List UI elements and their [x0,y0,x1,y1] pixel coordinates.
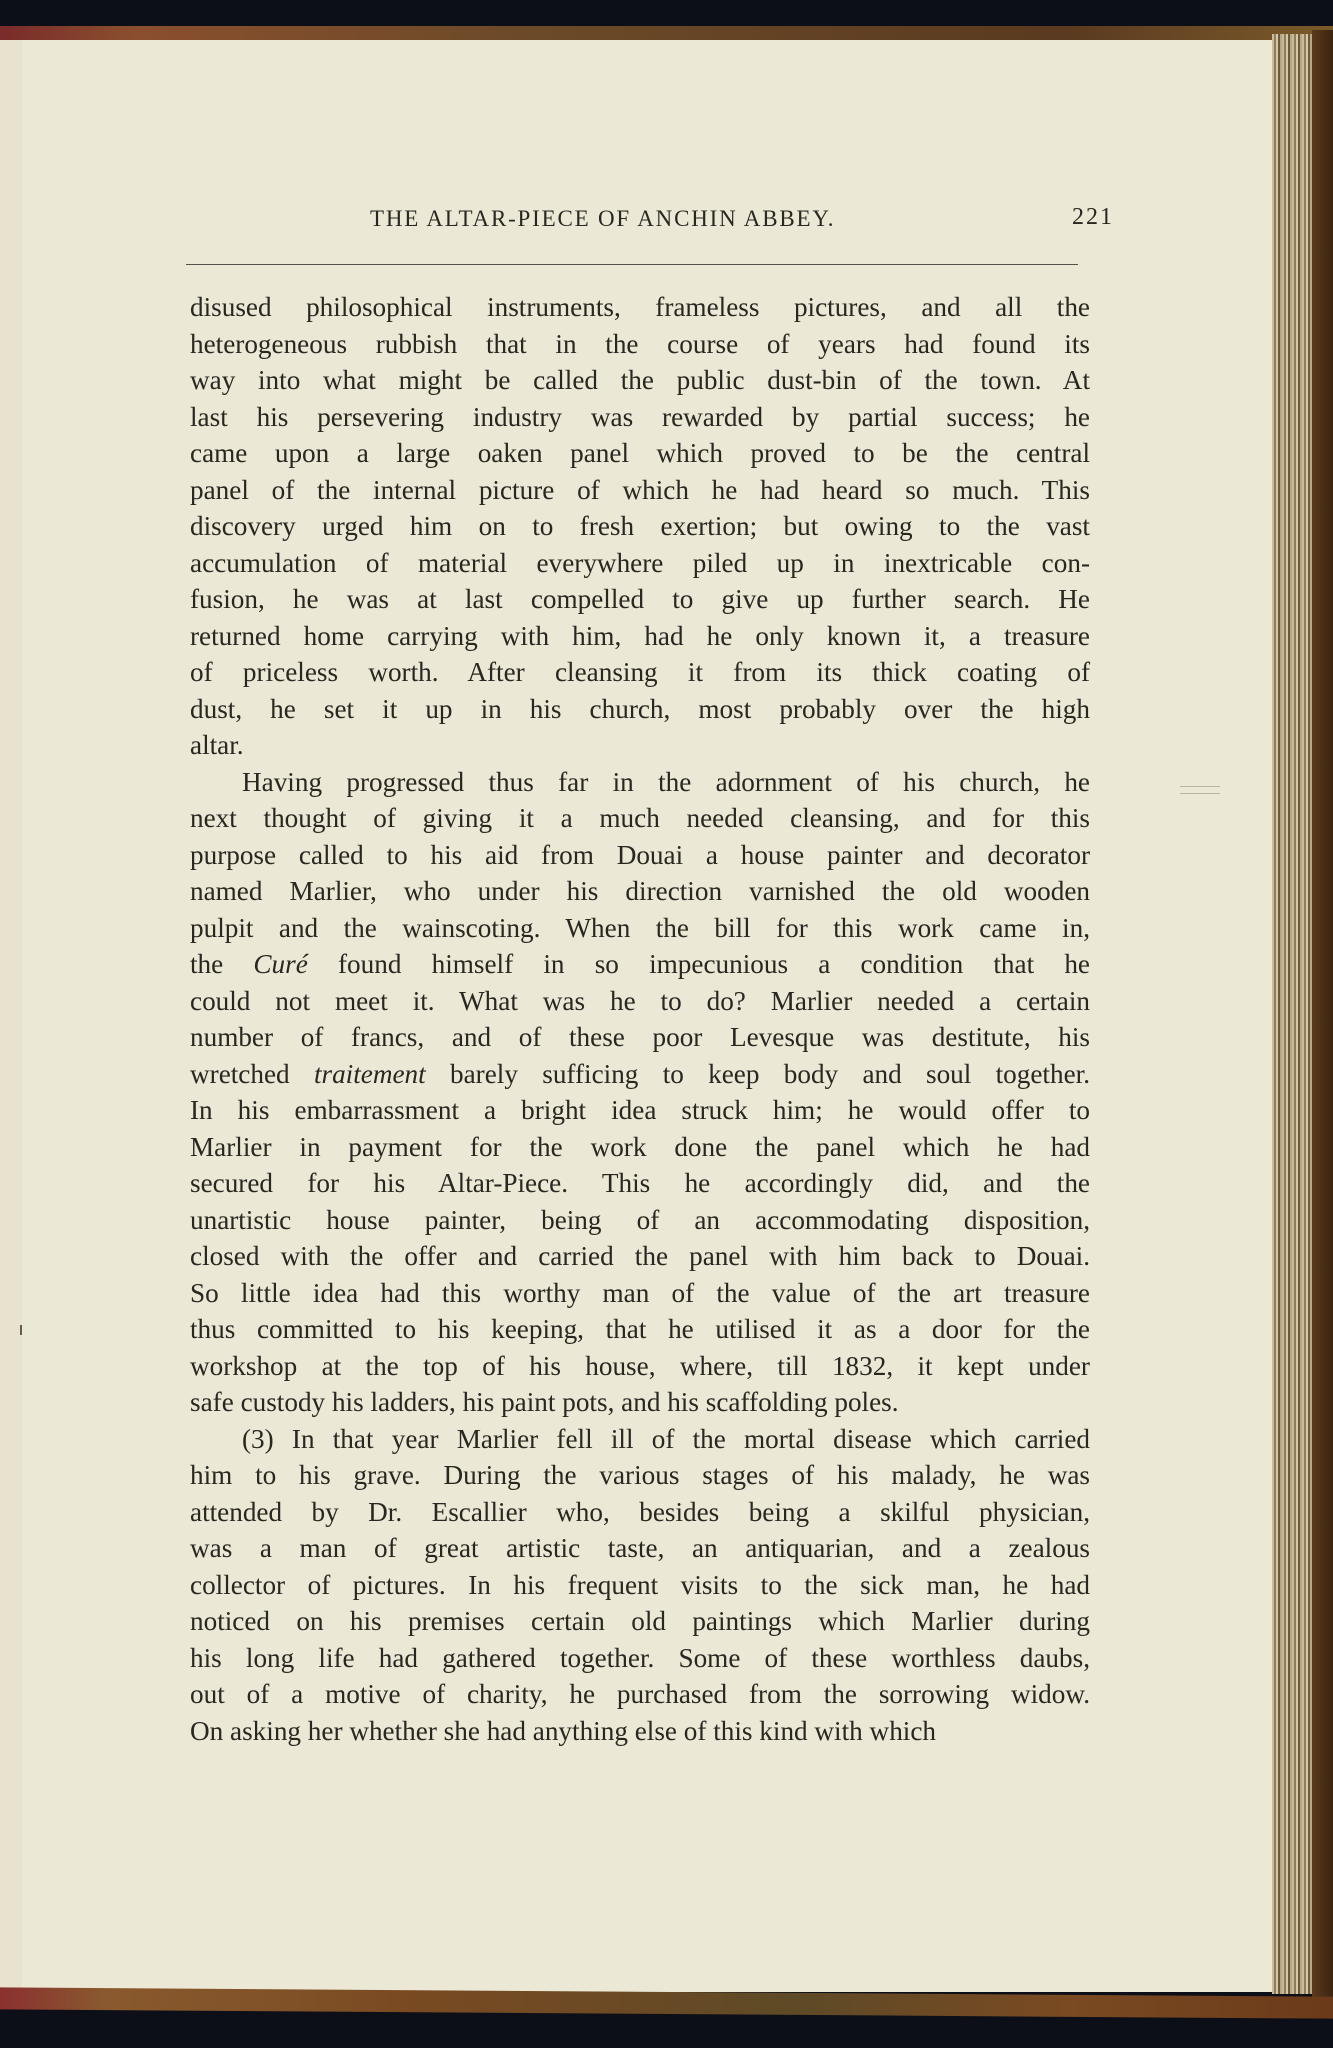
text-line: Marlier in payment for the work done the… [190,1129,1090,1166]
text-line: was a man of great artistic taste, an an… [190,1530,1090,1567]
text-line: altar. [190,727,1090,764]
text-line: secured for his Altar-Piece. This he acc… [190,1165,1090,1202]
text-line: Having progressed thus far in the adornm… [190,764,1090,801]
page-number: 221 [1072,204,1114,231]
text-line: workshop at the top of his house, where,… [190,1348,1090,1385]
text-line: On asking her whether she had anything e… [190,1713,1090,1750]
text-line: discovery urged him on to fresh exertion… [190,508,1090,545]
text-line: out of a motive of charity, he purchased… [190,1676,1090,1713]
text-line: accumulation of material everywhere pile… [190,545,1090,582]
text-line: last his persevering industry was reward… [190,399,1090,436]
text-line: returned home carrying with him, had he … [190,618,1090,655]
italic-term: traitement [314,1059,426,1089]
text-line: purpose called to his aid from Douai a h… [190,837,1090,874]
paragraph: (3) In that year Marlier fell ill of the… [190,1421,1090,1750]
facing-page-edge [0,40,23,1998]
book-cover-bottom-edge [0,1987,1333,2018]
text-line: disused philosophical instruments, frame… [190,289,1090,326]
text-line: (3) In that year Marlier fell ill of the… [190,1421,1090,1458]
text-line: In his embarrassment a bright idea struc… [190,1092,1090,1129]
text-line: the Curé found himself in so impecunious… [190,946,1090,983]
text-line: collector of pictures. In his frequent v… [190,1567,1090,1604]
book-cover-top-edge [0,26,1333,40]
body-text: disused philosophical instruments, frame… [190,289,1090,1749]
text-line: him to his grave. During the various sta… [190,1457,1090,1494]
book-cover-right-edge [1312,30,1333,2000]
text-line: came upon a large oaken panel which prov… [190,435,1090,472]
text-line: named Marlier, who under his direction v… [190,873,1090,910]
text-line: fusion, he was at last compelled to give… [190,581,1090,618]
running-head: THE ALTAR-PIECE OF ANCHIN ABBEY. [370,206,835,232]
header-rule [186,264,1078,265]
gutter-mark [20,1325,22,1335]
text-line: number of francs, and of these poor Leve… [190,1019,1090,1056]
text-line: of priceless worth. After cleansing it f… [190,654,1090,691]
text-line: closed with the offer and carried the pa… [190,1238,1090,1275]
page-stack-fore-edge [1272,34,1312,1994]
text-line: safe custody his ladders, his paint pots… [190,1384,1090,1421]
text-line: So little idea had this worthy man of th… [190,1275,1090,1312]
text-line: attended by Dr. Escallier who, besides b… [190,1494,1090,1531]
text-line: panel of the internal picture of which h… [190,472,1090,509]
pencil-mark [1180,786,1220,794]
text-line: way into what might be called the public… [190,362,1090,399]
paragraph: Having progressed thus far in the adornm… [190,764,1090,1421]
text-line: wretched traitement barely sufficing to … [190,1056,1090,1093]
text-line: his long life had gathered together. Som… [190,1640,1090,1677]
text-line: dust, he set it up in his church, most p… [190,691,1090,728]
italic-term: Curé [253,949,307,979]
text-line: could not meet it. What was he to do? Ma… [190,983,1090,1020]
text-line: thus committed to his keeping, that he u… [190,1311,1090,1348]
text-line: unartistic house painter, being of an ac… [190,1202,1090,1239]
text-line: pulpit and the wainscoting. When the bil… [190,910,1090,947]
paragraph: disused philosophical instruments, frame… [190,289,1090,764]
text-line: heterogeneous rubbish that in the course… [190,326,1090,363]
text-line: noticed on his premises certain old pain… [190,1603,1090,1640]
text-line: next thought of giving it a much needed … [190,800,1090,837]
